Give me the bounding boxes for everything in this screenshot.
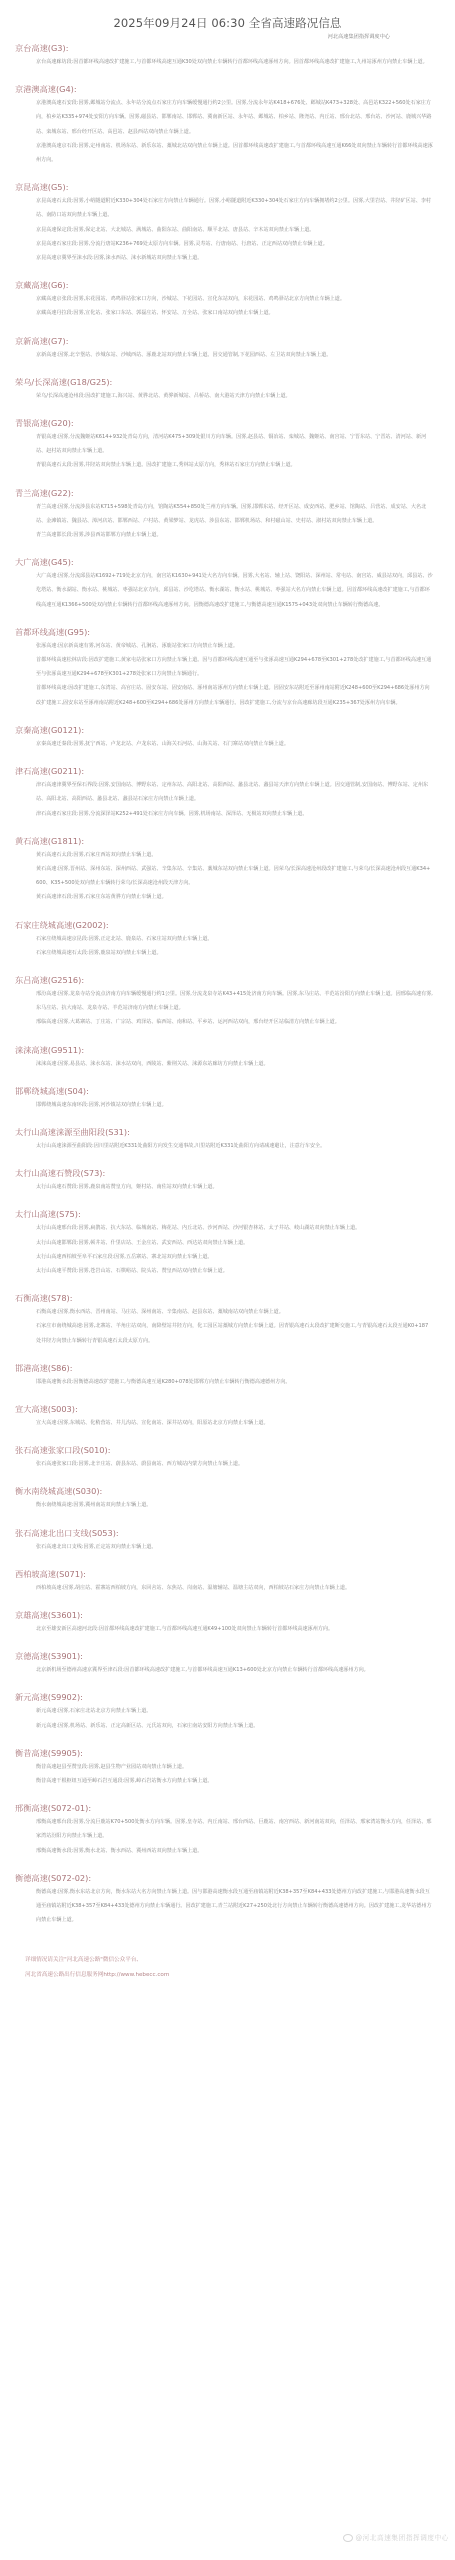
road-status-paragraph: 衡水南绕城高速:因雾,冀州南站双向禁止车辆上道。 bbox=[0, 1498, 455, 1512]
road-status-paragraph: 邢汾高速:因雾,龙泉寺站分流点济南方向车辆缓慢通行约1公里。因雾,分流龙泉寺站K… bbox=[0, 987, 455, 1015]
road-status-paragraph: 西柏坡高速:因雾,胡庄站、霍寨站西柏坡方向，东回舍站、东焦站、岗南站、温塘辅站、… bbox=[0, 1581, 455, 1595]
road-status-paragraph: 邯港高速衡水段:因衡德高速改扩建施工,与衡德高速互通K280+078处邯郸方向禁… bbox=[0, 1375, 455, 1389]
road-section-heading: 京秦高速(G0121): bbox=[0, 724, 455, 737]
road-section-heading: 青兰高速(G22): bbox=[0, 487, 455, 500]
road-status-paragraph: 太行山高速邯郸段:因雾,顿井站、什里店站、王金庄站、武安西站、西达站双向禁止车辆… bbox=[0, 1236, 455, 1250]
road-section: 荣乌/长深高速(G18/G25):荣乌/长深高速沧州段:因改扩建施工,海兴站、黄… bbox=[0, 376, 455, 417]
road-status-paragraph: 青银高速石太段:因雾,井陉站双向禁止车辆上道。因改扩建施工,秀林站太原方向，秀林… bbox=[0, 458, 455, 472]
section-spacer bbox=[0, 403, 455, 417]
page-title: 2025年09月24日 06:30 全省高速路况信息 bbox=[0, 0, 455, 31]
section-spacer bbox=[0, 1858, 455, 1872]
road-status-paragraph: 首都环线高速松林店段:因改扩建施工,黄家屯站张家口方向禁止车辆上道。因与首都环线… bbox=[0, 653, 455, 681]
road-status-paragraph: 太行山高速涞源至曲阳段:因川里站附近K331处曲阳方向发生交通事故,川里站附近K… bbox=[0, 1139, 455, 1153]
section-spacer bbox=[0, 1194, 455, 1208]
sections-container: 京台高速(G3):京台高速廊坊段:因首都环线高速改扩建施工,与首都环线高速互通K… bbox=[0, 42, 455, 1941]
road-section-heading: 邯港高速(S86): bbox=[0, 1362, 455, 1375]
road-status-paragraph: 黄石高速:因雾,晋州站、深州东站、深州西站、武强站、辛集东站、辛集站、藁城东站双… bbox=[0, 862, 455, 890]
road-status-paragraph: 涞涞高速:因雾,易县站、涞水东站、涞水站双向，西陵站、紫荆关站、涞源东站廊坊方向… bbox=[0, 1057, 455, 1071]
road-section-heading: 大广高速(G45): bbox=[0, 556, 455, 569]
road-status-paragraph: 京昆高速石家庄段:因雾,分流行唐站K236+769处太原方向车辆。因雾,灵寿站、… bbox=[0, 237, 455, 251]
road-section: 涞涞高速(G9511):涞涞高速:因雾,易县站、涞水东站、涞水站双向，西陵站、紫… bbox=[0, 1044, 455, 1085]
road-section-heading: 张石高速北出口支线(S053): bbox=[0, 1527, 455, 1540]
road-status-paragraph: 京台高速廊坊段:因首都环线高速改扩建施工,与首都环线高速互通K30处双向禁止车辆… bbox=[0, 55, 455, 69]
road-section-heading: 衡水南绕城高速(S030): bbox=[0, 1485, 455, 1498]
road-status-paragraph: 北京至雄安新区高速河北段:因首都环线高速改扩建施工,与首都环线高速互通K49+1… bbox=[0, 1622, 455, 1636]
road-status-paragraph: 新元高速:因雾,石家庄北站北京方向禁止车辆上道。 bbox=[0, 1704, 455, 1718]
road-section-heading: 石家庄绕城高速(G2002): bbox=[0, 919, 455, 932]
road-section: 京港澳高速(G4):京港澳高速石安段:因雾,邺城站分流点、永年站分流点石家庄方向… bbox=[0, 83, 455, 181]
road-section-heading: 衡昔高速(S9905): bbox=[0, 1747, 455, 1760]
section-spacer bbox=[0, 1112, 455, 1126]
road-section: 太行山高速涞源至曲阳段(S31):太行山高速涞源至曲阳段:因川里站附近K331处… bbox=[0, 1126, 455, 1167]
road-section-heading: 新元高速(S9902): bbox=[0, 1691, 455, 1704]
section-spacer bbox=[0, 265, 455, 279]
section-spacer bbox=[0, 1389, 455, 1403]
road-section-heading: 衡德高速(S072-02): bbox=[0, 1872, 455, 1885]
road-status-paragraph: 邢临高速:因雾,大葛寨站、丁庄站、广宗站、鸡泽站、临西站、南和站、平乡站、运河西… bbox=[0, 1015, 455, 1029]
section-spacer bbox=[0, 1430, 455, 1444]
road-status-paragraph: 首都环线高速:因改扩建施工,东湾站、高官庄站、固安东站、固安南站、涿州南站涿州方… bbox=[0, 681, 455, 709]
road-section: 石家庄绕城高速(G2002):石家庄绕城高速京昆段:因雾,正定北站、鹿泉站、石家… bbox=[0, 919, 455, 974]
road-section-heading: 青银高速(G20): bbox=[0, 417, 455, 430]
road-status-paragraph: 石家庄绕城高速石太段:因雾,鹿泉站双向禁止车辆上道。 bbox=[0, 946, 455, 960]
road-section: 衡德高速(S072-02):衡德高速:因雾,衡水东站北京方向，衡水东站大名方向禁… bbox=[0, 1872, 455, 1942]
road-status-paragraph: 衡昔高速干根枢纽互通至嶂石岩互通段:因雾,嶂石岩站衡水方向禁止车辆上道。 bbox=[0, 1774, 455, 1788]
road-section: 京昆高速(G5):京昆高速石太段:因雾,小峪隧道附近K330+304处石家庄方向… bbox=[0, 181, 455, 279]
road-section: 京秦高速(G0121):京秦高速迁秦段:因雾,抚宁西站、卢龙北站、卢龙东站、山海… bbox=[0, 724, 455, 765]
section-spacer bbox=[0, 1677, 455, 1691]
road-section-heading: 东吕高速(G2516): bbox=[0, 974, 455, 987]
road-section: 衡昔高速(S9905):衡昔高速赵县至赞皇段:因雾,赵县生物产业园站双向禁止车辆… bbox=[0, 1747, 455, 1802]
road-status-paragraph: 青兰高速邯长段:因雾,涉县西站邯郸方向禁止车辆上道。 bbox=[0, 528, 455, 542]
footer-website-link[interactable]: 河北省高速公路出行信息服务网http://www.hebecc.com bbox=[25, 1968, 455, 1983]
road-section-heading: 邯郸绕城高速(S04): bbox=[0, 1085, 455, 1098]
road-status-paragraph: 京藏高速丹拉段:因雾,宣化站、张家口东站、郭磊庄站、怀安站、万全站、张家口南站双… bbox=[0, 306, 455, 320]
road-section-heading: 西柏坡高速(S071): bbox=[0, 1568, 455, 1581]
road-section: 石衡高速(S78):石衡高速:因雾,衡水西站、晋州南站、马庄站、深州南站、辛集南… bbox=[0, 1292, 455, 1362]
section-spacer bbox=[0, 1471, 455, 1485]
road-status-paragraph: 京新高速:因雾,北辛堡站、沙城东站、沙城西站、涿鹿北站双向禁止车辆上道。因交通管… bbox=[0, 348, 455, 362]
section-spacer bbox=[0, 1595, 455, 1609]
road-status-paragraph: 新元高速:因雾,机场站、新乐站、正定高新区站、元氏站双向，石家庄南站安阳方向禁止… bbox=[0, 1719, 455, 1733]
road-status-paragraph: 大广高速:因雾,分流邱县站K1692+719处北京方向，南宫站K1630+941… bbox=[0, 569, 455, 612]
section-spacer bbox=[0, 1927, 455, 1941]
road-status-paragraph: 京港澳高速石安段:因雾,邺城站分流点、永年站分流点石家庄方向车辆缓慢通行约2公里… bbox=[0, 96, 455, 139]
road-section: 大广高速(G45):大广高速:因雾,分流邱县站K1692+719处北京方向，南宫… bbox=[0, 556, 455, 626]
road-status-paragraph: 石衡高速:因雾,衡水西站、晋州南站、马庄站、深州南站、辛集南站、赵县东站、藁城南… bbox=[0, 1305, 455, 1319]
road-section: 津石高速(G0211):津石高速津冀界至保石界段:因雾,安国南站、博野东站、定州… bbox=[0, 765, 455, 835]
road-section: 青银高速(G20):青银高速:因雾,分流魏姬站K614+932处青岛方向，清河站… bbox=[0, 417, 455, 487]
road-section: 张石高速张家口段(S010):张石高速张家口段:因雾,北辛庄站、蔚县东站、蔚县南… bbox=[0, 1444, 455, 1485]
section-spacer bbox=[0, 751, 455, 765]
road-section: 东吕高速(G2516):邢汾高速:因雾,龙泉寺站分流点济南方向车辆缓慢通行约1公… bbox=[0, 974, 455, 1044]
section-spacer bbox=[0, 905, 455, 919]
section-spacer bbox=[0, 612, 455, 626]
road-section: 西柏坡高速(S071):西柏坡高速:因雾,胡庄站、霍寨站西柏坡方向，东回舍站、东… bbox=[0, 1568, 455, 1609]
road-section-heading: 张石高速张家口段(S010): bbox=[0, 1444, 455, 1457]
road-status-paragraph: 太行山高速石赞段:因雾,鹿泉南站赞皇方向，姬村站、南佐站双向禁止车辆上道。 bbox=[0, 1180, 455, 1194]
road-status-paragraph: 衡昔高速赵县至赞皇段:因雾,赵县生物产业园站双向禁止车辆上道。 bbox=[0, 1760, 455, 1774]
road-section-heading: 太行山高速(S75): bbox=[0, 1208, 455, 1221]
road-status-paragraph: 青兰高速:因雾,分流涉县东站K715+598处青岛方向，馆陶站K554+850处… bbox=[0, 500, 455, 528]
road-section-heading: 京藏高速(G6): bbox=[0, 279, 455, 292]
road-section: 青兰高速(G22):青兰高速:因雾,分流涉县东站K715+598处青岛方向，馆陶… bbox=[0, 487, 455, 557]
road-section: 衡水南绕城高速(S030):衡水南绕城高速:因雾,冀州南站双向禁止车辆上道。 bbox=[0, 1485, 455, 1526]
road-section-heading: 太行山高速涞源至曲阳段(S31): bbox=[0, 1126, 455, 1139]
section-spacer bbox=[0, 542, 455, 556]
road-status-paragraph: 京昆高速保定段:因雾,保定北站、大北城站、满城站、曲阳东站、曲阳南站、顺平北站、… bbox=[0, 223, 455, 237]
road-section-heading: 京雄高速(S3601): bbox=[0, 1609, 455, 1622]
section-spacer bbox=[0, 710, 455, 724]
road-section: 京德高速(S3901):北京新机场至德州高速京冀界至津石段:因首都环线高速改扩建… bbox=[0, 1650, 455, 1691]
road-status-paragraph: 荣乌/长深高速沧州段:因改扩建施工,海兴站、黄骅北站、黄骅新城站、吕桥站、南大港… bbox=[0, 389, 455, 403]
road-section: 邯郸绕城高速(S04):邯郸绕城高速东南环段:因雾,河沙镇站双向禁止车辆上道。 bbox=[0, 1085, 455, 1126]
road-section-heading: 京昆高速(G5): bbox=[0, 181, 455, 194]
road-section-heading: 京台高速(G3): bbox=[0, 42, 455, 55]
road-status-paragraph: 津石高速津冀界至保石界段:因雾,安国南站、博野东站、定州东站、高阳北站、高阳西站… bbox=[0, 778, 455, 806]
section-spacer bbox=[0, 473, 455, 487]
road-section: 首都环线高速(G95):张涿高速:因京新高速有雾,河东站、黄帝城站、孔涧站、涿鹿… bbox=[0, 626, 455, 724]
section-spacer bbox=[0, 1278, 455, 1292]
road-section-heading: 涞涞高速(G9511): bbox=[0, 1044, 455, 1057]
road-section: 太行山高速石赞段(S73):太行山高速石赞段:因雾,鹿泉南站赞皇方向，姬村站、南… bbox=[0, 1167, 455, 1208]
road-section: 黄石高速(G1811):黄石高速石太段:因雾,石家庄西站双向禁止车辆上道。黄石高… bbox=[0, 835, 455, 919]
road-section-heading: 津石高速(G0211): bbox=[0, 765, 455, 778]
road-section: 京台高速(G3):京台高速廊坊段:因首都环线高速改扩建施工,与首都环线高速互通K… bbox=[0, 42, 455, 83]
watermark-text: @河北高速集团指挥调度中心 bbox=[355, 2534, 449, 2542]
road-status-paragraph: 北京新机场至德州高速京冀界至津石段:因首都环线高速改扩建施工,与首都环线高速互通… bbox=[0, 1663, 455, 1677]
road-section-heading: 京新高速(G7): bbox=[0, 335, 455, 348]
road-section-heading: 石衡高速(S78): bbox=[0, 1292, 455, 1305]
road-section: 邢衡高速(S072-01):邢衡高速邢台段:因雾,分流巨鹿站K70+500处衡水… bbox=[0, 1802, 455, 1872]
section-spacer bbox=[0, 960, 455, 974]
section-spacer bbox=[0, 1071, 455, 1085]
road-section: 张石高速北出口支线(S053):张石高速北出口支线:因雾,正定站双向禁止车辆上道… bbox=[0, 1527, 455, 1568]
road-status-paragraph: 津石高速石家庄段:因雾,分流深泽站K252+491处石家庄方向车辆。因雾,机场南… bbox=[0, 807, 455, 821]
road-status-paragraph: 太行山高速邢台段:因雾,扁鹊站、抗大东站、临城南站、梅花站、内丘北站、沙河西站、… bbox=[0, 1221, 455, 1235]
road-status-paragraph: 张涿高速:因京新高速有雾,河东站、黄帝城站、孔涧站、涿鹿站张家口方向禁止车辆上道… bbox=[0, 639, 455, 653]
weibo-watermark: @河北高速集团指挥调度中心 bbox=[343, 2532, 449, 2542]
road-status-paragraph: 邢衡高速衡水段:因雾,衡水北站、衡水西站、冀州西站双向禁止车辆上道。 bbox=[0, 1844, 455, 1858]
road-section-heading: 荣乌/长深高速(G18/G25): bbox=[0, 376, 455, 389]
road-status-paragraph: 京港澳高速京石段:因雾,定州南站、机场东站、新乐东站、藁城北站双向禁止车辆上道。… bbox=[0, 139, 455, 167]
weibo-icon bbox=[343, 2534, 353, 2542]
road-section-heading: 宣大高速(S003): bbox=[0, 1403, 455, 1416]
road-section: 京新高速(G7):京新高速:因雾,北辛堡站、沙城东站、沙城西站、涿鹿北站双向禁止… bbox=[0, 335, 455, 376]
section-spacer bbox=[0, 1554, 455, 1568]
road-section-heading: 首都环线高速(G95): bbox=[0, 626, 455, 639]
road-status-paragraph: 邢衡高速邢台段:因雾,分流巨鹿站K70+500处衡水方向车辆。因雾,皇寺站、内丘… bbox=[0, 1815, 455, 1843]
road-section: 太行山高速(S75):太行山高速邢台段:因雾,扁鹊站、抗大东站、临城南站、梅花站… bbox=[0, 1208, 455, 1292]
road-status-paragraph: 邯郸绕城高速东南环段:因雾,河沙镇站双向禁止车辆上道。 bbox=[0, 1098, 455, 1112]
road-status-paragraph: 张石高速北出口支线:因雾,正定站双向禁止车辆上道。 bbox=[0, 1540, 455, 1554]
road-status-paragraph: 京昆高速石太段:因雾,小峪隧道附近K330+304处石家庄方向禁止车辆通行。因雾… bbox=[0, 194, 455, 222]
road-status-paragraph: 宣大高速:因雾,东城站、化稍营站、井儿沟站、宣化南站、深井站双向，阳原站北京方向… bbox=[0, 1416, 455, 1430]
road-section: 邯港高速(S86):邯港高速衡水段:因衡德高速改扩建施工,与衡德高速互通K280… bbox=[0, 1362, 455, 1403]
footer-wechat-note: 详细情况请关注"河北高速公路"微信公众平台、 bbox=[25, 1953, 455, 1968]
road-status-paragraph: 石家庄绕城高速京昆段:因雾,正定北站、鹿泉站、石家庄站双向禁止车辆上道。 bbox=[0, 932, 455, 946]
road-section-heading: 太行山高速石赞段(S73): bbox=[0, 1167, 455, 1180]
road-section-heading: 京德高速(S3901): bbox=[0, 1650, 455, 1663]
road-status-paragraph: 衡德高速:因雾,衡水东站北京方向，衡水东站大名方向禁止车辆上道。因与邯港高速衡水… bbox=[0, 1885, 455, 1928]
source-label: 河北高速集团指挥调度中心 bbox=[0, 32, 455, 42]
road-status-paragraph: 青银高速:因雾,分流魏姬站K614+932处青岛方向，清河站K475+309处银… bbox=[0, 430, 455, 458]
road-status-paragraph: 张石高速张家口段:因雾,北辛庄站、蔚县东站、蔚县南站、西方城站内蒙方向禁止车辆上… bbox=[0, 1457, 455, 1471]
road-status-paragraph: 京秦高速迁秦段:因雾,抚宁西站、卢龙北站、卢龙东站、山海关石河站、山海关站、石门… bbox=[0, 737, 455, 751]
section-spacer bbox=[0, 1733, 455, 1747]
traffic-report-page: 2025年09月24日 06:30 全省高速路况信息 河北高速集团指挥调度中心 … bbox=[0, 0, 455, 1982]
road-status-paragraph: 黄石高速石太段:因雾,石家庄西站双向禁止车辆上道。 bbox=[0, 848, 455, 862]
road-section-heading: 黄石高速(G1811): bbox=[0, 835, 455, 848]
section-spacer bbox=[0, 1348, 455, 1362]
road-section-heading: 京港澳高速(G4): bbox=[0, 83, 455, 96]
road-status-paragraph: 石家庄市南绕城高速:因雾,北寨站、羊角庄站双向，南降壁站井陉方向，化工园区站藁城… bbox=[0, 1319, 455, 1347]
road-section-heading: 邢衡高速(S072-01): bbox=[0, 1802, 455, 1815]
section-spacer bbox=[0, 1030, 455, 1044]
road-status-paragraph: 黄石高速津石段:因雾,石家庄东站黄骅方向禁止车辆上道。 bbox=[0, 890, 455, 904]
road-section: 宣大高速(S003):宣大高速:因雾,东城站、化稍营站、井儿沟站、宣化南站、深井… bbox=[0, 1403, 455, 1444]
road-status-paragraph: 京昆高速京冀界至涞水段:因雾,涞水西站、涞水新城站双向禁止车辆上道。 bbox=[0, 251, 455, 265]
footer: 详细情况请关注"河北高速公路"微信公众平台、 河北省高速公路出行信息服务网htt… bbox=[0, 1953, 455, 1982]
section-spacer bbox=[0, 69, 455, 83]
section-spacer bbox=[0, 1788, 455, 1802]
road-status-paragraph: 太行山高速西柏坡至阜平石家庄段:因雾,五岳寨站、寨北站双向禁止车辆上道。 bbox=[0, 1250, 455, 1264]
road-status-paragraph: 京藏高速京张段:因雾,东花园站、鸡鸣驿站张家口方向，沙城站、下花园站、宣化东站双… bbox=[0, 292, 455, 306]
section-spacer bbox=[0, 321, 455, 335]
section-spacer bbox=[0, 1513, 455, 1527]
section-spacer bbox=[0, 362, 455, 376]
road-section: 新元高速(S9902):新元高速:因雾,石家庄北站北京方向禁止车辆上道。新元高速… bbox=[0, 1691, 455, 1746]
section-spacer bbox=[0, 821, 455, 835]
road-section: 京藏高速(G6):京藏高速京张段:因雾,东花园站、鸡鸣驿站张家口方向，沙城站、下… bbox=[0, 279, 455, 334]
section-spacer bbox=[0, 167, 455, 181]
section-spacer bbox=[0, 1636, 455, 1650]
road-status-paragraph: 太行山高速平赞段:因雾,苍岩山站、石棋峪站、院头站、赞皇西站双向禁止车辆上道。 bbox=[0, 1264, 455, 1278]
section-spacer bbox=[0, 1153, 455, 1167]
road-section: 京雄高速(S3601):北京至雄安新区高速河北段:因首都环线高速改扩建施工,与首… bbox=[0, 1609, 455, 1650]
